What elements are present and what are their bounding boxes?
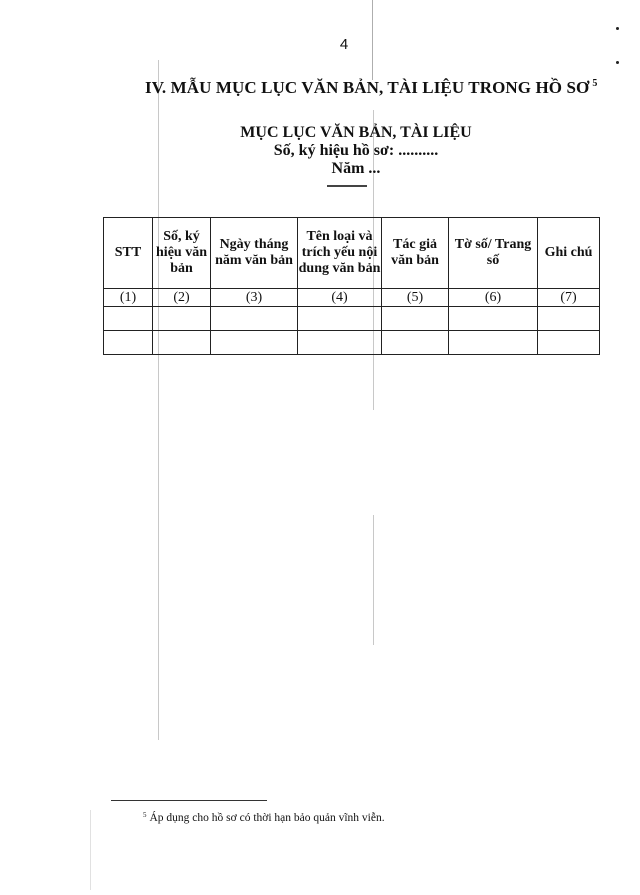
year-line: Năm ... <box>170 160 542 178</box>
column-number-cell: (5) <box>382 289 449 307</box>
footnote-marker: 5 <box>143 811 147 819</box>
page-number: 4 <box>0 36 640 53</box>
section-heading: IV. MẪU MỤC LỤC VĂN BẢN, TÀI LIỆU TRONG … <box>145 78 597 98</box>
table-cell <box>298 331 382 355</box>
footnote-text: Áp dụng cho hồ sơ có thời hạn bảo quản v… <box>150 812 385 824</box>
table-cell <box>104 307 153 331</box>
document-title: MỤC LỤC VĂN BẢN, TÀI LIỆU <box>170 124 542 142</box>
title-block: MỤC LỤC VĂN BẢN, TÀI LIỆU Số, ký hiệu hồ… <box>170 124 542 178</box>
scan-artifact-dot <box>616 61 619 64</box>
table-cell <box>153 307 211 331</box>
document-index-table: STT Số, ký hiệu văn bản Ngày tháng năm v… <box>103 217 600 355</box>
table-cell <box>104 331 153 355</box>
table-cell <box>153 331 211 355</box>
column-number-cell: (3) <box>211 289 298 307</box>
title-divider <box>327 185 367 187</box>
table-cell <box>382 331 449 355</box>
header-cell: Tác giả văn bản <box>382 218 449 289</box>
scan-artifact-line <box>90 810 91 890</box>
table-cell <box>211 331 298 355</box>
section-heading-text: IV. MẪU MỤC LỤC VĂN BẢN, TÀI LIỆU TRONG … <box>145 78 589 97</box>
table-header-row: STT Số, ký hiệu văn bản Ngày tháng năm v… <box>104 218 600 289</box>
column-number-cell: (1) <box>104 289 153 307</box>
column-number-cell: (4) <box>298 289 382 307</box>
header-cell: Tờ số/ Trang số <box>449 218 538 289</box>
table-cell <box>538 307 600 331</box>
footnote-reference: 5 <box>592 78 597 89</box>
file-number-line: Số, ký hiệu hồ sơ: .......... <box>170 142 542 160</box>
table-cell <box>449 331 538 355</box>
footnote: 5Áp dụng cho hồ sơ có thời hạn bảo quản … <box>143 811 385 824</box>
column-number-cell: (2) <box>153 289 211 307</box>
header-cell: Tên loại và trích yếu nội dung văn bản <box>298 218 382 289</box>
column-number-cell: (6) <box>449 289 538 307</box>
table-cell <box>538 331 600 355</box>
header-cell: Số, ký hiệu văn bản <box>153 218 211 289</box>
table-row <box>104 307 600 331</box>
column-number-cell: (7) <box>538 289 600 307</box>
scan-artifact-dot <box>616 27 619 30</box>
scan-artifact-line <box>373 515 374 645</box>
column-number-row: (1) (2) (3) (4) (5) (6) (7) <box>104 289 600 307</box>
footnote-separator <box>111 800 267 801</box>
table-row <box>104 331 600 355</box>
scan-artifact-line <box>158 60 159 740</box>
header-cell: Ngày tháng năm văn bản <box>211 218 298 289</box>
table-cell <box>382 307 449 331</box>
header-cell: Ghi chú <box>538 218 600 289</box>
header-cell: STT <box>104 218 153 289</box>
table-cell <box>298 307 382 331</box>
table-cell <box>211 307 298 331</box>
table-cell <box>449 307 538 331</box>
